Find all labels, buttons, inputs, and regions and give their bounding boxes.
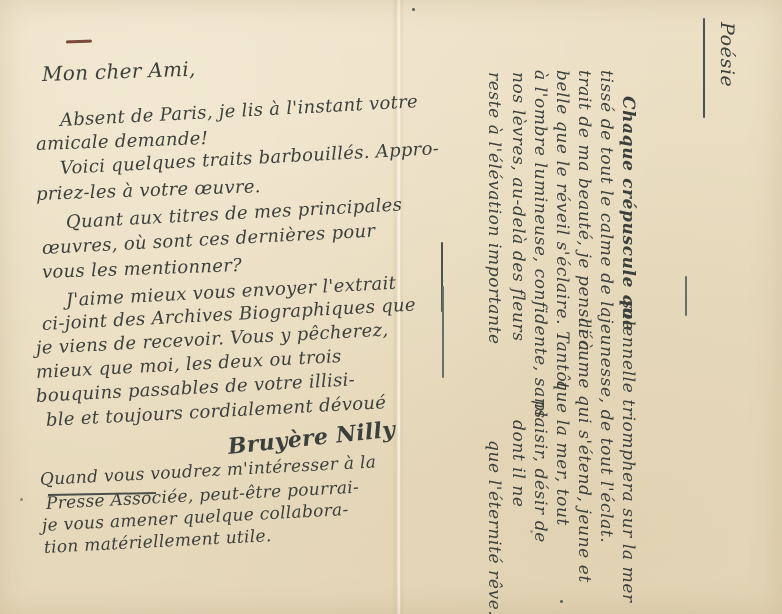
page-heading: Poésie: [716, 22, 738, 87]
letter-sheet: Mon cher Ami, Absent de Paris, je lis à …: [0, 0, 782, 614]
ink-speck: [560, 600, 563, 603]
vertical-line: belle que le réveil s'éclaire. Tantôt: [552, 70, 572, 390]
salutation: Mon cher Ami,: [42, 57, 196, 86]
body-line: priez-les à votre œuvre.: [36, 176, 261, 205]
vertical-line: trait de ma beauté, je pensai à: [574, 70, 594, 352]
vertical-line-cont: l'écume qui s'étend, jeune et: [574, 318, 594, 583]
ink-mark: [66, 40, 92, 44]
body-line: Absent de Paris, je lis à l'instant votr…: [59, 91, 418, 131]
vertical-line-cont: que la mer, tout: [552, 380, 572, 526]
vertical-line: Chaque crépuscule que: [618, 96, 638, 331]
vertical-line-cont: que l'éternité rêve.: [484, 440, 504, 614]
left-page: Mon cher Ami, Absent de Paris, je lis à …: [0, 0, 420, 614]
right-page: Poésie Chaque crépuscule que tissé de to…: [420, 0, 782, 614]
vertical-line: nos lèvres, au-delà des fleurs: [508, 72, 528, 342]
ink-speck: [412, 8, 415, 11]
vertical-line: reste à l'élévation importante: [484, 72, 504, 345]
ink-speck: [20, 498, 23, 501]
pencil-stroke: [685, 276, 687, 316]
vertical-line-cont: plaisir, désir de: [530, 400, 550, 543]
vertical-line-cont: solennelle triomphera sur la mer: [618, 300, 638, 603]
vertical-line: tissé de tout le calme de la: [596, 70, 616, 318]
ink-speck: [530, 530, 533, 533]
body-line: vous les mentionner?: [42, 255, 243, 283]
pencil-stroke: [442, 286, 444, 378]
vertical-line-cont: jeunesse, de tout l'éclat.: [596, 318, 616, 543]
vertical-line: à l'ombre lumineuse, confidente, sans: [530, 70, 550, 419]
heading-rule: [703, 18, 705, 118]
vertical-line-cont: dont il ne: [508, 420, 528, 508]
